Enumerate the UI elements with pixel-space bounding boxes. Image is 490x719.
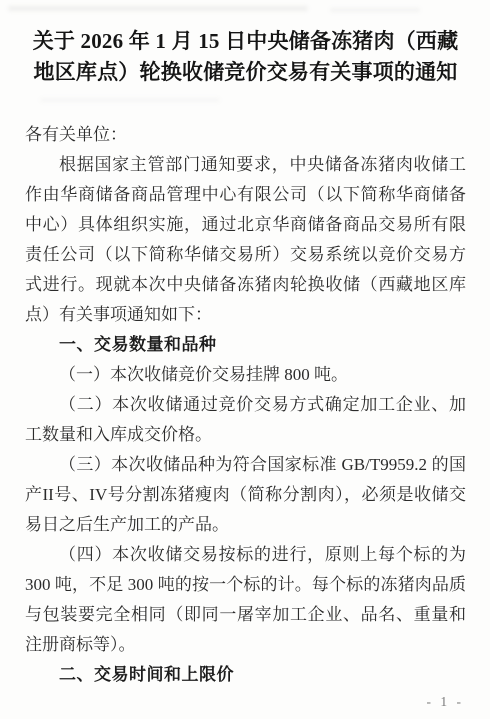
intro-paragraph: 根据国家主管部门通知要求，中央储备冻猪肉收储工作由华商储备商品管理中心有限公司（… (25, 150, 466, 330)
section-1-item-1: （一）本次收储竞价交易挂牌 800 吨。 (25, 360, 466, 390)
section-2-heading: 二、交易时间和上限价 (25, 660, 466, 690)
section-1-item-4: （四）本次收储交易按标的进行，原则上每个标的为 300 吨，不足 300 吨的按… (25, 540, 466, 660)
section-1-heading: 一、交易数量和品种 (25, 330, 466, 360)
document-page: 关于 2026 年 1 月 15 日中央储备冻猪肉（西藏地区库点）轮换收储竞价交… (0, 0, 490, 719)
salutation: 各有关单位： (25, 120, 466, 150)
section-1-item-2: （二）本次收储通过竞价交易方式确定加工企业、加工数量和入库成交价格。 (25, 390, 466, 450)
document-title: 关于 2026 年 1 月 15 日中央储备冻猪肉（西藏地区库点）轮换收储竞价交… (25, 26, 466, 88)
page-number: - 1 - (427, 695, 465, 709)
section-1-item-3: （三）本次收储品种为符合国家标准 GB/T9959.2 的国产II号、IV号分割… (25, 450, 466, 540)
document-content: 关于 2026 年 1 月 15 日中央储备冻猪肉（西藏地区库点）轮换收储竞价交… (25, 0, 466, 690)
